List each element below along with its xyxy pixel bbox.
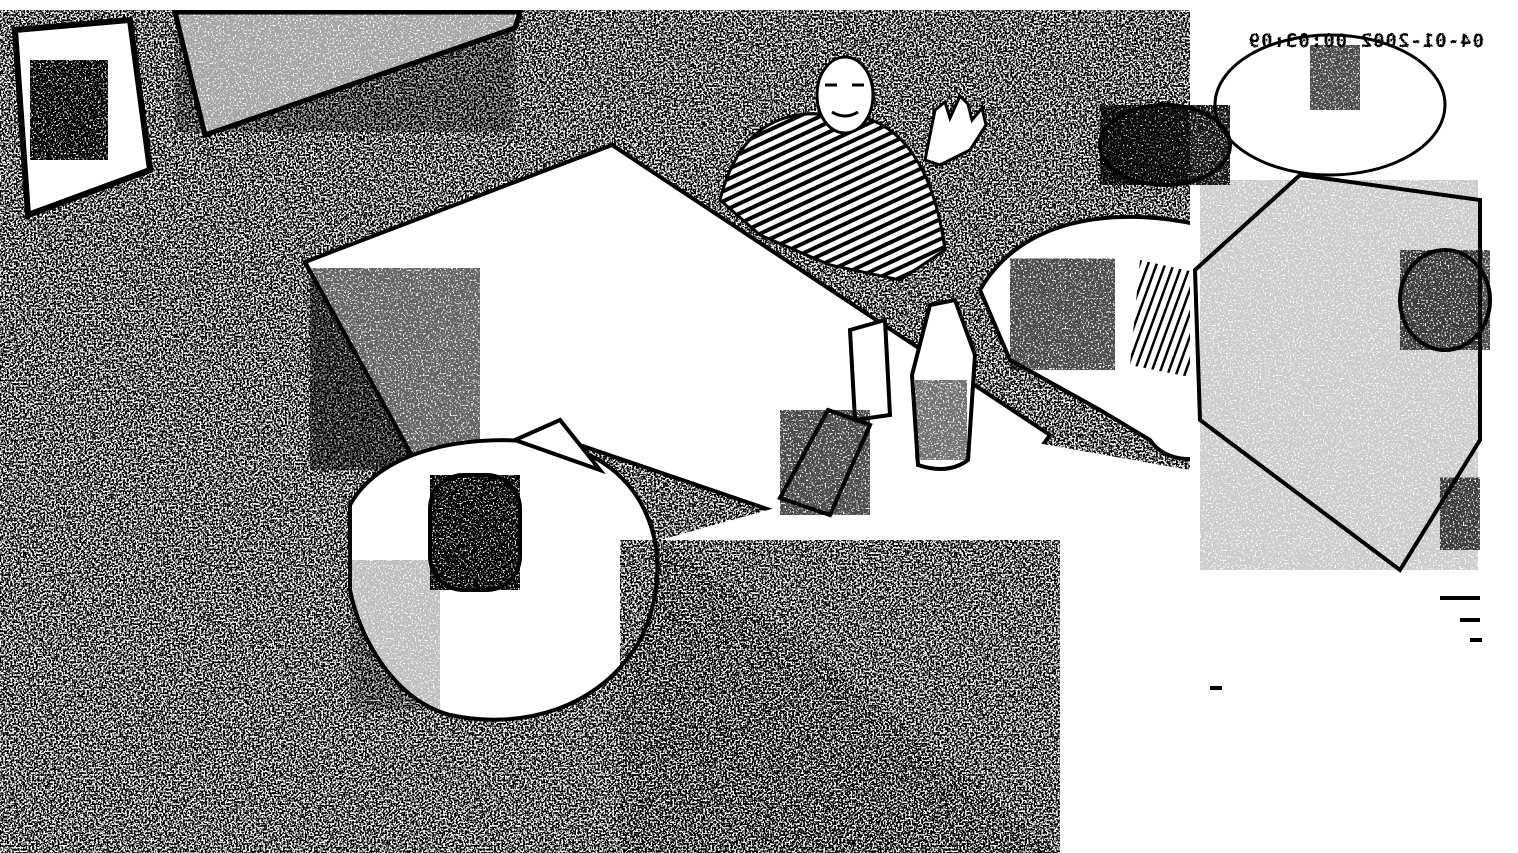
framed-picture-center xyxy=(175,12,520,135)
person-head xyxy=(817,57,873,133)
surveillance-scene xyxy=(0,0,1518,853)
cup xyxy=(430,475,520,590)
timestamp-overlay: 04-01-2002 00:03:09 xyxy=(1212,30,1484,56)
